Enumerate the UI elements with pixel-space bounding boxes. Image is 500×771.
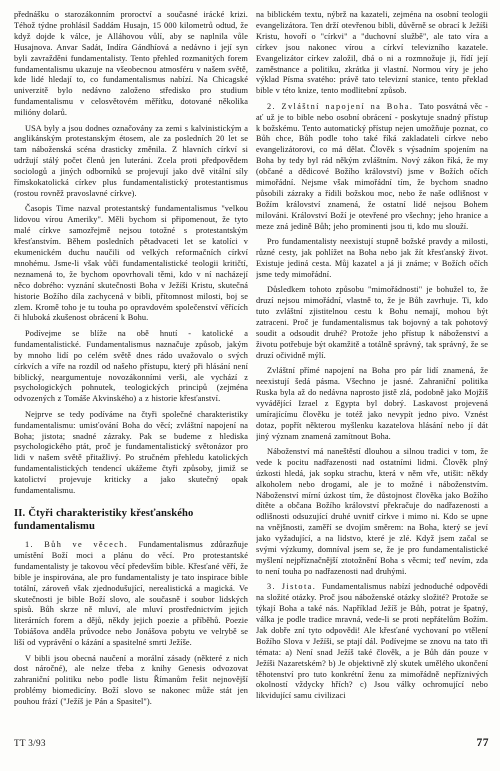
paragraph: 1. Bůh ve věcech. Fundamentalismus zdůra…: [14, 540, 248, 649]
paragraph: Pro fundamentalisty neexistují stupně bo…: [256, 237, 488, 281]
paragraph: V bibli jsou obecná naučení a morální zá…: [14, 654, 248, 709]
numbered-lead: 2. Zvláštní napojení na Boha.: [267, 102, 419, 111]
paragraph: na biblickém textu, nýbrž na kazateli, z…: [256, 10, 488, 97]
numbered-lead: 1. Bůh ve věcech.: [25, 540, 138, 549]
page-number: 77: [477, 737, 490, 749]
paragraph: Časopis Time nazval protestantský fundam…: [14, 204, 248, 324]
document-page: přednášku o starozákonním proroctví a so…: [0, 0, 500, 771]
page-footer: TT 3/93 77: [14, 737, 489, 749]
paragraph: Podívejme se blíže na obě hnutí - katoli…: [14, 329, 248, 405]
text-column-right: na biblickém textu, nýbrž na kazateli, z…: [256, 10, 488, 712]
journal-issue-label: TT 3/93: [14, 738, 46, 748]
paragraph: přednášku o starozákonním proroctví a so…: [14, 10, 248, 119]
section-heading: II. Čtyři charakteristiky křesťanského f…: [14, 507, 248, 533]
numbered-lead: 3. Jistota.: [267, 582, 322, 591]
paragraph: Důsledkem tohoto způsobu "mimořádnosti" …: [256, 285, 488, 361]
paragraph: Nejprve se tedy podíváme na čtyři společ…: [14, 410, 248, 497]
paragraph: Zvláštní přímé napojení na Boha pro pár …: [256, 366, 488, 442]
paragraph: USA byly a jsou dodnes označovány za zem…: [14, 124, 248, 200]
paragraph: 2. Zvláštní napojení na Boha. Tato posvá…: [256, 102, 488, 233]
paragraph: Náboženství má naneštěstí dlouhou a siln…: [256, 447, 488, 578]
paragraph: 3. Jistota. Fundamentalismus nabízí jedn…: [256, 582, 488, 702]
text-column-left: přednášku o starozákonním proroctví a so…: [14, 10, 248, 712]
